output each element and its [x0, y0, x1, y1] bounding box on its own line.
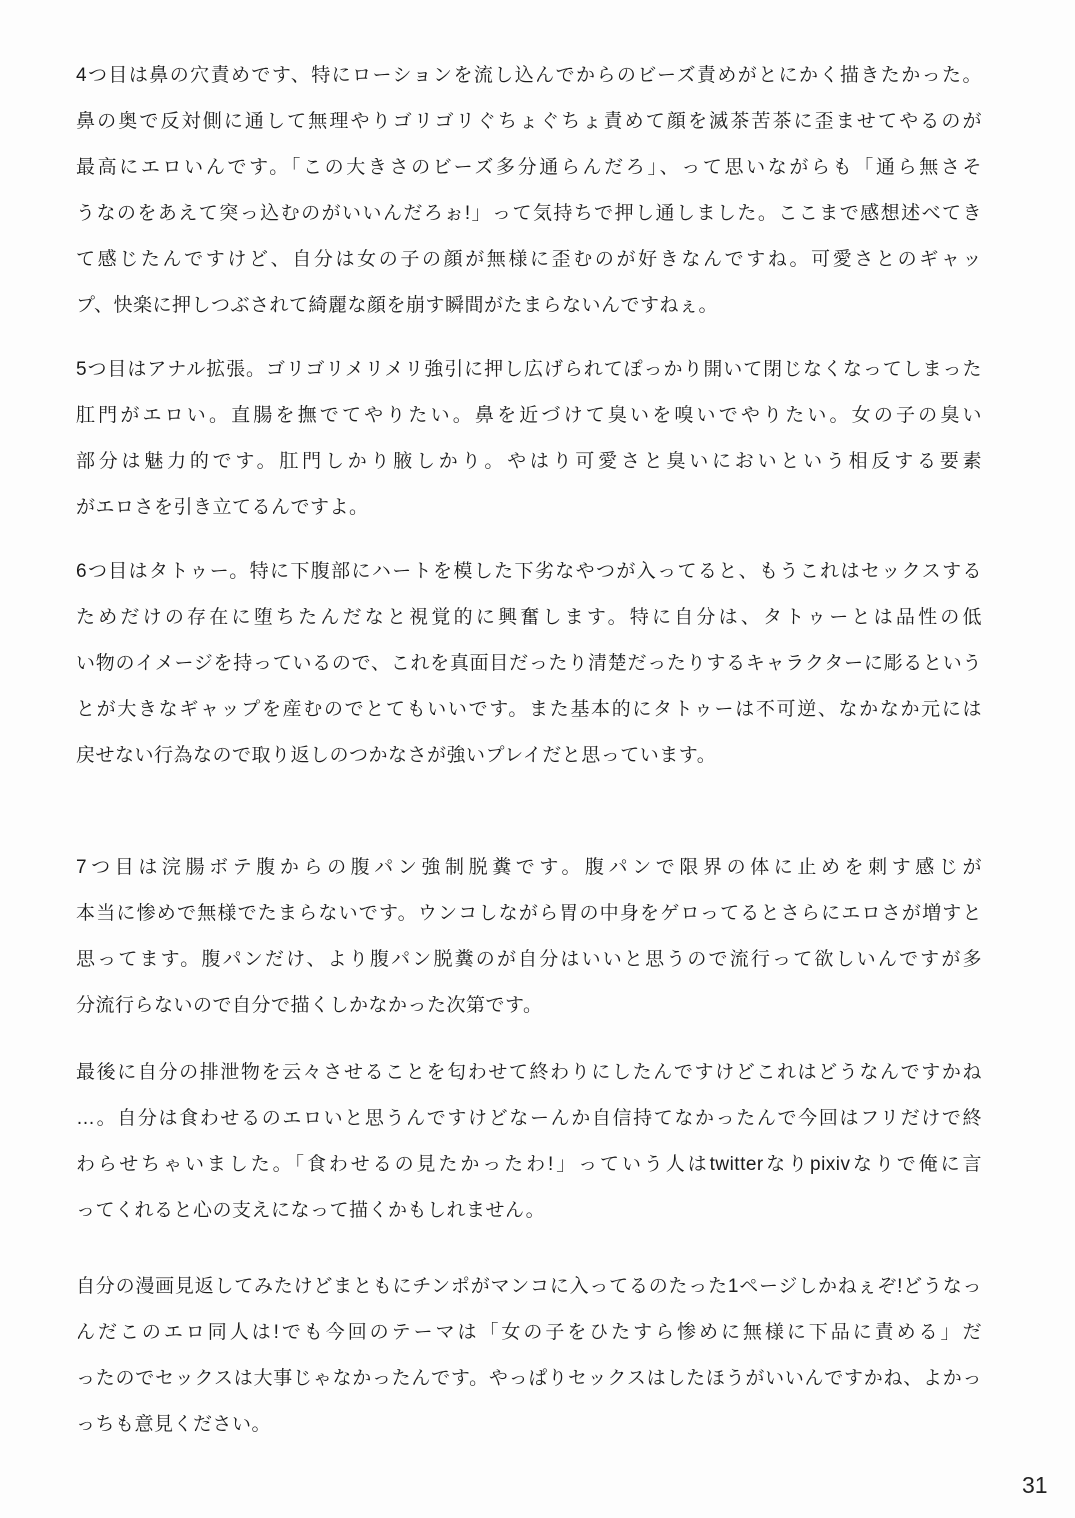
text-line: プ、快楽に押しつぶされて綺麗な顔を崩す瞬間がたまらないんですねぇ。	[76, 283, 982, 329]
paragraph-closing: 最後に自分の排泄物を云々させることを匂わせて終わりにしたんですけどこれはどうなん…	[76, 1050, 982, 1234]
afterword-text: 4つ目は鼻の穴責めです、特にローションを流し込んでからのビーズ責めがとにかく描き…	[76, 53, 982, 1466]
text-line: 4つ目は鼻の穴責めです、特にローションを流し込んでからのビーズ責めがとにかく描き…	[76, 53, 982, 99]
text-line: がエロさを引き立てるんですよ。	[76, 485, 982, 531]
text-line: っちも意見ください。	[76, 1402, 982, 1448]
text-line: 鼻の奥で反対側に通して無理やりゴリゴリぐちょぐちょ責めて顔を滅茶苦茶に歪ませてや…	[76, 99, 982, 145]
text-line: 最高にエロいんです。「この大きさのビーズ多分通らんだろ」、って思いながらも「通ら…	[76, 145, 982, 191]
text-line: んだこのエロ同人は!でも今回のテーマは「女の子をひたすら惨めに無様に下品に責める…	[76, 1310, 982, 1356]
text-line: 最後に自分の排泄物を云々させることを匂わせて終わりにしたんですけどこれはどうなん…	[76, 1050, 982, 1096]
page-number: 31	[1022, 1470, 1048, 1500]
text-line: 本当に惨めで無様でたまらないです。ウンコしながら胃の中身をゲロってるとさらにエロ…	[76, 891, 982, 937]
text-line: 6つ目はタトゥー。特に下腹部にハートを模した下劣なやつが入ってると、もうこれはセ…	[76, 549, 982, 595]
text-line: 戻せない行為なので取り返しのつかなさが強いプレイだと思っています。	[76, 733, 982, 779]
paragraph-4th-point: 4つ目は鼻の穴責めです、特にローションを流し込んでからのビーズ責めがとにかく描き…	[76, 53, 982, 329]
text-line: 肛門がエロい。直腸を撫でてやりたい。鼻を近づけて臭いを嗅いでやりたい。女の子の臭…	[76, 393, 982, 439]
text-line: 分流行らないので自分で描くしかなかった次第です。	[76, 983, 982, 1029]
text-line: い物のイメージを持っているので、これを真面目だったり清楚だったりするキャラクター…	[76, 641, 982, 687]
text-line: 7つ目は浣腸ボテ腹からの腹パン強制脱糞です。腹パンで限界の体に止めを刺す感じが	[76, 845, 982, 891]
text-line: 部分は魅力的です。肛門しかり腋しかり。やはり可愛さと臭いにおいという相反する要素	[76, 439, 982, 485]
text-line: ったのでセックスは大事じゃなかったんです。やっぱりセックスはしたほうがいいんです…	[76, 1356, 982, 1402]
text-line: 自分の漫画見返してみたけどまともにチンポがマンコに入ってるのたった1ページしかね…	[76, 1264, 982, 1310]
text-line: て感じたんですけど、自分は女の子の顔が無様に歪むのが好きなんですね。可愛さとのギ…	[76, 237, 982, 283]
text-line: ってくれると心の支えになって描くかもしれません。	[76, 1188, 982, 1234]
text-line: わらせちゃいました。「食わせるの見たかったわ!」っていう人はtwitterなりp…	[76, 1142, 982, 1188]
text-line: とが大きなギャップを産むのでとてもいいです。また基本的にタトゥーは不可逆、なかな…	[76, 687, 982, 733]
text-line: 思ってます。腹パンだけ、より腹パン脱糞のが自分はいいと思うので流行って欲しいんで…	[76, 937, 982, 983]
document-page: 4つ目は鼻の穴責めです、特にローションを流し込んでからのビーズ責めがとにかく描き…	[0, 0, 1075, 1518]
text-line: 5つ目はアナル拡張。ゴリゴリメリメリ強引に押し広げられてぽっかり開いて閉じなくな…	[76, 347, 982, 393]
paragraph-final-remarks: 自分の漫画見返してみたけどまともにチンポがマンコに入ってるのたった1ページしかね…	[76, 1264, 982, 1448]
paragraph-7th-point: 7つ目は浣腸ボテ腹からの腹パン強制脱糞です。腹パンで限界の体に止めを刺す感じが …	[76, 845, 982, 1029]
text-line: ためだけの存在に堕ちたんだなと視覚的に興奮します。特に自分は、タトゥーとは品性の…	[76, 595, 982, 641]
text-line: うなのをあえて突っ込むのがいいんだろぉ!」って気持ちで押し通しました。ここまで感…	[76, 191, 982, 237]
paragraph-5th-point: 5つ目はアナル拡張。ゴリゴリメリメリ強引に押し広げられてぽっかり開いて閉じなくな…	[76, 347, 982, 531]
paragraph-6th-point: 6つ目はタトゥー。特に下腹部にハートを模した下劣なやつが入ってると、もうこれはセ…	[76, 549, 982, 779]
text-line: …。自分は食わせるのエロいと思うんですけどなーんか自信持てなかったんで今回はフリ…	[76, 1096, 982, 1142]
